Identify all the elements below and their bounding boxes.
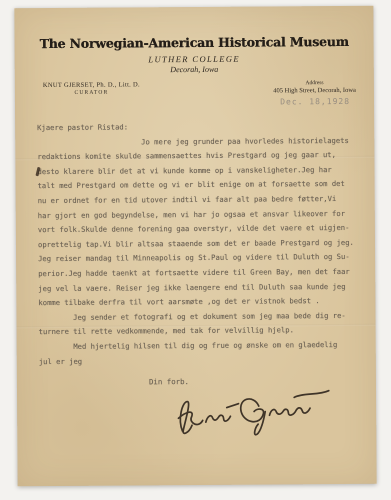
curator-block: KNUT GJERSET, Ph. D., Litt. D. CURATOR bbox=[43, 81, 140, 96]
body-line: jul er jeg bbox=[39, 352, 356, 369]
body-line: nu er ordnet for en tid utover indtil vi… bbox=[38, 192, 355, 209]
body-line: Jeg sender et fotografi og et dokument s… bbox=[38, 309, 355, 326]
date-stamp: Dec. 18,1928 bbox=[15, 97, 374, 109]
handwritten-signature-icon bbox=[165, 379, 338, 444]
body-line: Med hjertelig hilsen til dig og frue og … bbox=[39, 338, 356, 355]
letter-body: Kjaere pastor Ristad: Jo mere jeg grunde… bbox=[15, 119, 376, 370]
letterhead: The Norwegian-American Historical Museum… bbox=[14, 6, 373, 76]
organization-title: The Norwegian-American Historical Museum bbox=[15, 34, 374, 52]
address-block: Address 405 High Street, Decorah, Iowa bbox=[273, 80, 356, 95]
address-line: 405 High Street, Decorah, Iowa bbox=[273, 87, 356, 95]
address-label: Address bbox=[273, 80, 356, 87]
letter-page: The Norwegian-American Historical Museum… bbox=[14, 6, 376, 486]
body-line: perior.Jeg hadde taenkt at fortsaette vi… bbox=[38, 265, 355, 282]
curator-title: CURATOR bbox=[43, 89, 140, 96]
letterhead-info-row: KNUT GJERSET, Ph. D., Litt. D. CURATOR A… bbox=[15, 80, 374, 97]
institution-location: Decorah, Iowa bbox=[15, 64, 374, 76]
curator-name: KNUT GJERSET, Ph. D., Litt. D. bbox=[43, 81, 140, 89]
signature bbox=[17, 385, 376, 440]
